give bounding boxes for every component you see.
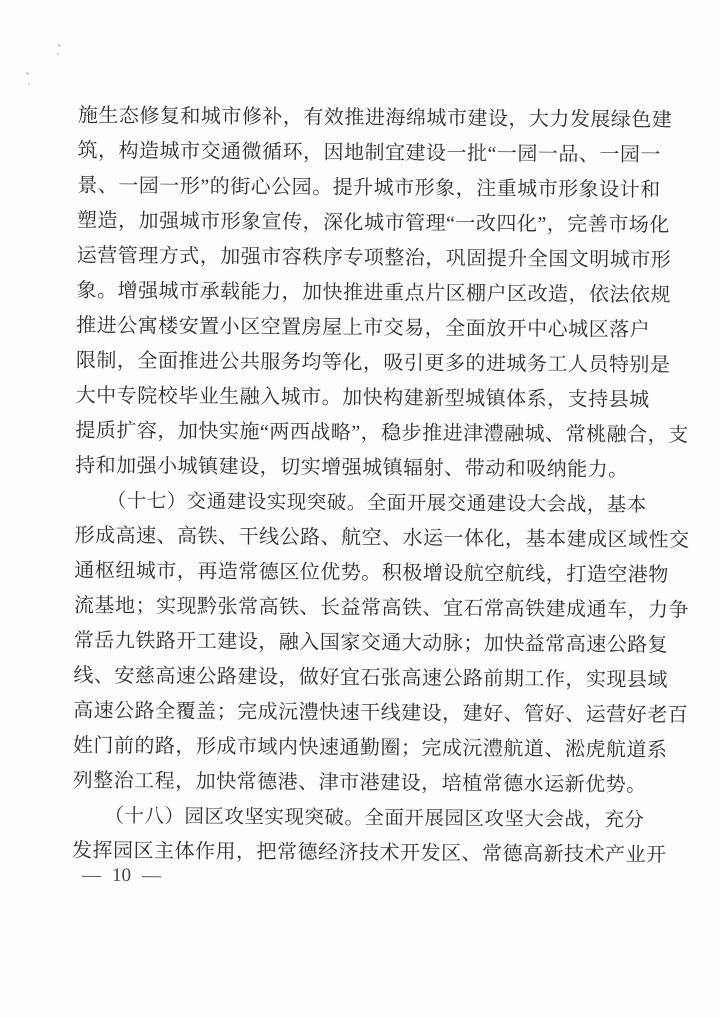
text-line: 姓门前的路，形成市域内快速通勤圈；完成沅澧航道、淞虎航道系	[73, 729, 643, 768]
text-line: 运营管理方式，加强市容秩序专项整治，巩固提升全国文明城市形	[77, 239, 647, 278]
page-number-right-dash: —	[142, 864, 161, 888]
text-line: 线、安慈高速公路建设，做好宜石张高速公路前期工作，实现县域	[73, 659, 643, 698]
scanned-document-page: 施生态修复和城市修补，有效推进海绵城市建设，大力发展绿色建 筑，构造城市交通微循…	[0, 0, 720, 1018]
document-body: 施生态修复和城市修补，有效推进海绵城市建设，大力发展绿色建 筑，构造城市交通微循…	[72, 99, 648, 873]
text-line: 提质扩容，加快实施“两西战略”，稳步推进津澧融城、常桃融合，支	[75, 414, 645, 453]
text-line: 通枢纽城市，再造常德区位优势。积极增设航空航线，打造空港物	[74, 554, 644, 593]
page-number: — 10 —	[82, 864, 161, 889]
text-line: 塑造，加强城市形象宣传，深化城市管理“一改四化”，完善市场化	[77, 204, 647, 243]
text-line: （十七）交通建设实现突破。全面开展交通建设大会战，基本	[75, 484, 645, 523]
text-line: 象。增强城市承载能力，加快推进重点片区棚户区改造，依法依规	[76, 274, 646, 313]
text-line: 高速公路全覆盖；完成沅澧快速干线建设，建好、管好、运营好老百	[73, 694, 643, 733]
text-line: 列整治工程，加快常德港、津市港建设，培植常德水运新优势。	[73, 764, 643, 803]
text-line: 景、一园一形”的街心公园。提升城市形象，注重城市形象设计和	[77, 169, 647, 208]
text-line: 筑，构造城市交通微循环，因地制宜建设一批“一园一品、一园一	[77, 134, 647, 173]
scan-artifact-speck	[58, 44, 61, 47]
paragraph-18-industrial-parks: （十八）园区攻坚实现突破。全面开展园区攻坚大会战，充分 发挥园区主体作用，把常德…	[72, 799, 643, 873]
paragraph-urban-construction: 施生态修复和城市修补，有效推进海绵城市建设，大力发展绿色建 筑，构造城市交通微循…	[75, 99, 648, 488]
scan-artifact-speck	[26, 72, 29, 75]
text-line: 推进公寓楼安置小区空置房屋上市交易，全面放开中心城区落户	[76, 309, 646, 348]
page-number-left-dash: —	[82, 864, 101, 888]
text-line: 施生态修复和城市修补，有效推进海绵城市建设，大力发展绿色建	[78, 99, 648, 138]
text-line: 大中专院校毕业生融入城市。加快构建新型城镇体系，支持县城	[76, 379, 646, 418]
scan-artifact-speck	[57, 53, 59, 55]
page-number-value: 10	[112, 864, 131, 888]
paragraph-17-transportation: （十七）交通建设实现突破。全面开展交通建设大会战，基本 形成高速、高铁、干线公路…	[73, 484, 645, 803]
text-line: 常岳九铁路开工建设，融入国家交通大动脉；加快益常高速公路复	[74, 624, 644, 663]
scan-artifact-speck	[28, 83, 30, 85]
text-line: 流基地；实现黔张常高铁、长益常高铁、宜石常高铁建成通车，力争	[74, 589, 644, 628]
text-line: 持和加强小城镇建设，切实增强城镇辐射、带动和吸纳能力。	[75, 449, 645, 488]
text-line: 形成高速、高铁、干线公路、航空、水运一体化，基本建成区域性交	[74, 519, 644, 558]
text-line: 限制，全面推进公共服务均等化，吸引更多的进城务工人员特别是	[76, 344, 646, 383]
text-line: （十八）园区攻坚实现突破。全面开展园区攻坚大会战，充分	[72, 799, 642, 838]
